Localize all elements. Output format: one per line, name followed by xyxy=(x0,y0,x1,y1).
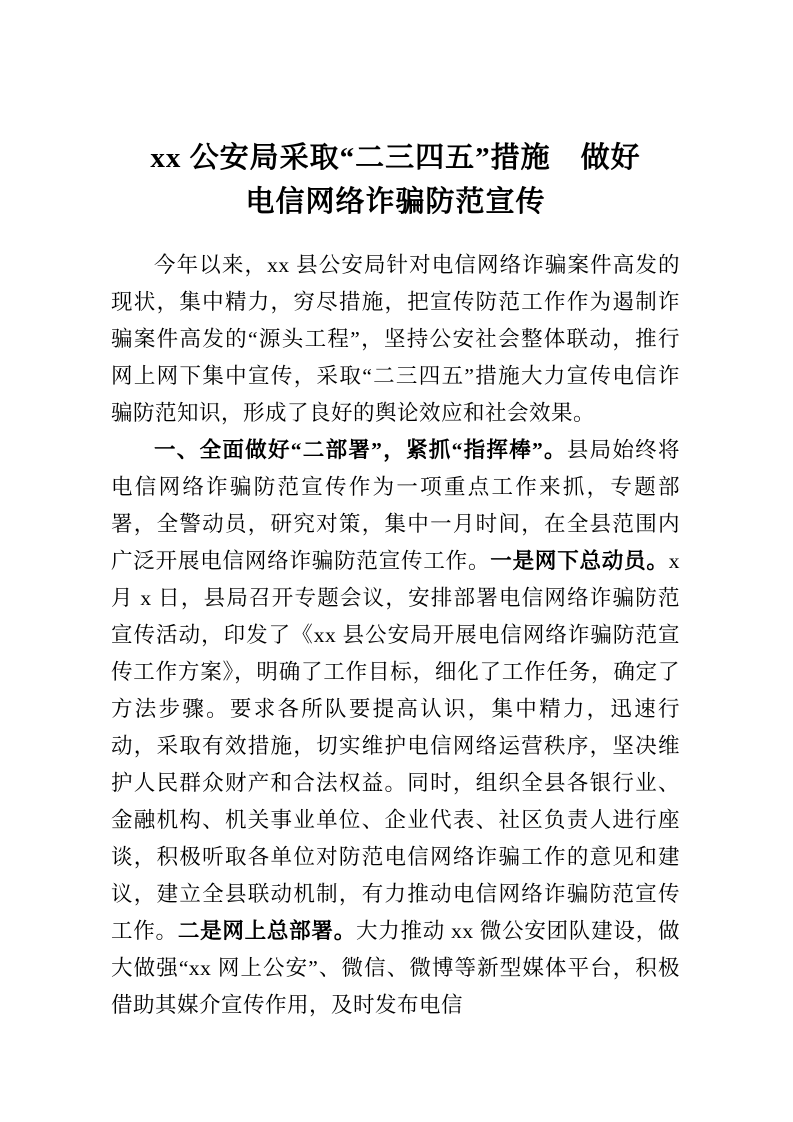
text-run: 今年以来，xx 县公安局针对电信网络诈骗案件高发的现状，集中精力，穷尽措施，把宣… xyxy=(111,253,680,425)
paragraph: 一、全面做好“二部署”，紧抓“指挥棒”。县局始终将电信网络诈骗防范宣传作为一项重… xyxy=(111,432,680,1024)
paragraph: 今年以来，xx 县公安局针对电信网络诈骗案件高发的现状，集中精力，穷尽措施，把宣… xyxy=(111,247,680,432)
text-run: x 月 x 日，县局召开专题会议，安排部署电信网络诈骗防范宣传活动，印发了《xx… xyxy=(111,549,680,943)
document-body: 今年以来，xx 县公安局针对电信网络诈骗案件高发的现状，集中精力，穷尽措施，把宣… xyxy=(111,247,680,1024)
text-run-bold: 一是网下总动员。 xyxy=(490,549,668,573)
text-run-bold: 一、全面做好“二部署”，紧抓“指挥棒”。 xyxy=(154,438,567,462)
text-run-bold: 二是网上总部署。 xyxy=(178,919,356,943)
title-line-2: 电信网络诈骗防范宣传 xyxy=(245,186,545,218)
document-title: xx 公安局采取“二三四五”措施 做好 电信网络诈骗防范宣传 xyxy=(111,136,680,224)
title-line-1: xx 公安局采取“二三四五”措施 做好 xyxy=(150,142,640,174)
document-page: xx 公安局采取“二三四五”措施 做好 电信网络诈骗防范宣传 今年以来，xx 县… xyxy=(0,0,793,1122)
